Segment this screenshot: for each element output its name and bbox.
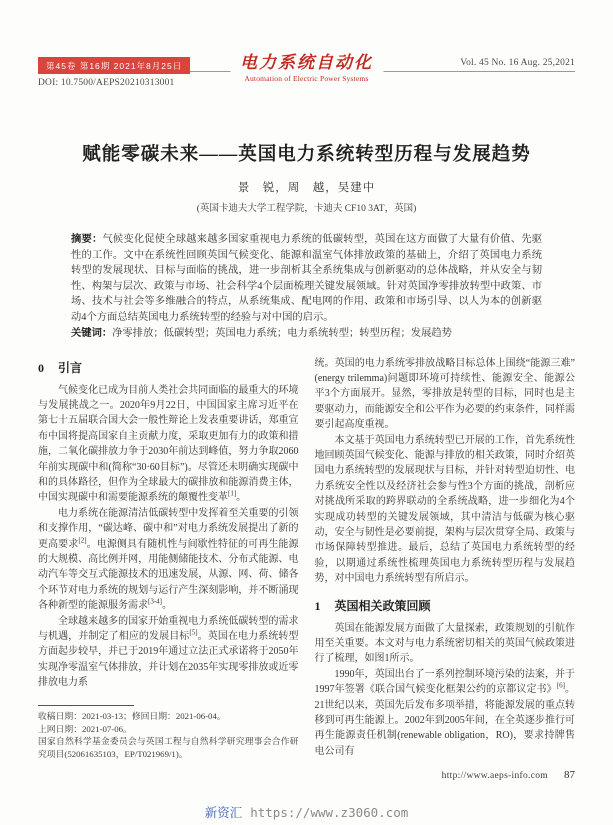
footnote-block: 收稿日期：2021-03-13；修回日期：2021-06-04。 上网日期：20… [38, 701, 299, 760]
section-heading-intro: 0引言 [38, 359, 299, 376]
footnote-funding: 国家自然科学基金委员会与英国工程与自然科学研究理事会合作研究项目(5206163… [38, 735, 299, 760]
keywords: 关键词：净零排放；低碳转型；英国电力系统；电力系统转型；转型历程；发展趋势 [71, 326, 542, 342]
paragraph: 本文基于英国电力系统转型已开展的工作，首先系统性地回顾英国气候变化、能源与排放的… [315, 433, 576, 587]
abstract: 摘要：气候变化促使全球越来越多国家重视电力系统的低碳转型，英国在这方面做了大量有… [71, 232, 542, 325]
footer-url: http://www.aeps-info.com [442, 771, 548, 781]
paragraph-continuation: 统。英国的电力系统零排放战略目标总体上围绕“能源三难”(energy trile… [315, 356, 576, 433]
section-title: 英国相关政策回顾 [335, 599, 431, 613]
watermark: 新资汇https://www.z3060.com [38, 803, 575, 821]
section-title: 引言 [58, 361, 82, 375]
journal-name-cn: 电力系统自动化 [240, 53, 373, 73]
page-number: 87 [564, 769, 575, 781]
keywords-label: 关键词： [71, 328, 112, 339]
issue-badge: 第45卷 第16期 2021年8月25日 [38, 57, 190, 74]
header-left: 第45卷 第16期 2021年8月25日 DOI: 10.7500/AEPS20… [38, 56, 190, 88]
doi-text: DOI: 10.7500/AEPS20210313001 [38, 78, 190, 88]
paragraph: 全球越来越多的国家开始重视电力系统低碳转型的需求与机遇，并制定了相应的发展目标[… [38, 614, 299, 691]
paragraph: 1990年，英国出台了一系列控制环境污染的法案，并于1997年签署《联合国气候变… [315, 667, 576, 759]
footnote-online: 上网日期：2021-07-06。 [38, 723, 299, 736]
right-column: 统。英国的电力系统零排放战略目标总体上围绕“能源三难”(energy trile… [315, 356, 576, 761]
page-footer: http://www.aeps-info.com87 [38, 765, 575, 783]
section-number: 1 [315, 599, 321, 613]
abstract-block: 摘要：气候变化促使全球越来越多国家重视电力系统的低碳转型，英国在这方面做了大量有… [71, 232, 542, 342]
watermark-name: 新资汇 [205, 805, 243, 820]
paragraph: 气候变化已成为目前人类社会共同面临的最重大的环境与发展挑战之一。2020年9月2… [38, 383, 299, 506]
paragraph: 电力系统在能源清洁低碳转型中发挥着至关重要的引领和支撑作用，“碳达峰、碳中和”对… [38, 506, 299, 614]
section-heading-policy: 1英国相关政策回顾 [315, 597, 576, 614]
paragraph: 英国在能源发展方面做了大量探索，政策规划的引航作用至关重要。本文对与电力系统密切… [315, 621, 576, 667]
journal-header: 第45卷 第16期 2021年8月25日 DOI: 10.7500/AEPS20… [38, 56, 575, 100]
abstract-label: 摘要： [71, 234, 102, 245]
footnote-received: 收稿日期：2021-03-13；修回日期：2021-06-04。 [38, 710, 299, 723]
authors: 景 锐，周 越，吴建中 [38, 179, 575, 195]
abstract-text: 气候变化促使全球越来越多国家重视电力系统的低碳转型，英国在这方面做了大量有价值、… [71, 234, 542, 323]
keywords-text: 净零排放；低碳转型；英国电力系统；电力系统转型；转型历程；发展趋势 [112, 328, 452, 339]
body-columns: 0引言 气候变化已成为目前人类社会共同面临的最重大的环境与发展挑战之一。2020… [38, 356, 575, 761]
left-column: 0引言 气候变化已成为目前人类社会共同面临的最重大的环境与发展挑战之一。2020… [38, 356, 299, 761]
paper-title: 赋能零碳未来——英国电力系统转型历程与发展趋势 [38, 140, 575, 166]
affiliation: (英国卡迪夫大学工程学院，卡迪夫 CF10 3AT，英国) [38, 200, 575, 214]
watermark-url: https://www.z3060.com [250, 805, 408, 820]
footnote-rule [38, 705, 134, 706]
section-number: 0 [38, 361, 44, 375]
volume-info: Vol. 45 No. 16 Aug. 25,2021 [452, 58, 575, 68]
journal-logo: 电力系统自动化 Automation of Electric Power Sys… [230, 53, 383, 83]
journal-name-en: Automation of Electric Power Systems [240, 74, 373, 83]
paper-page: 第45卷 第16期 2021年8月25日 DOI: 10.7500/AEPS20… [0, 0, 613, 825]
